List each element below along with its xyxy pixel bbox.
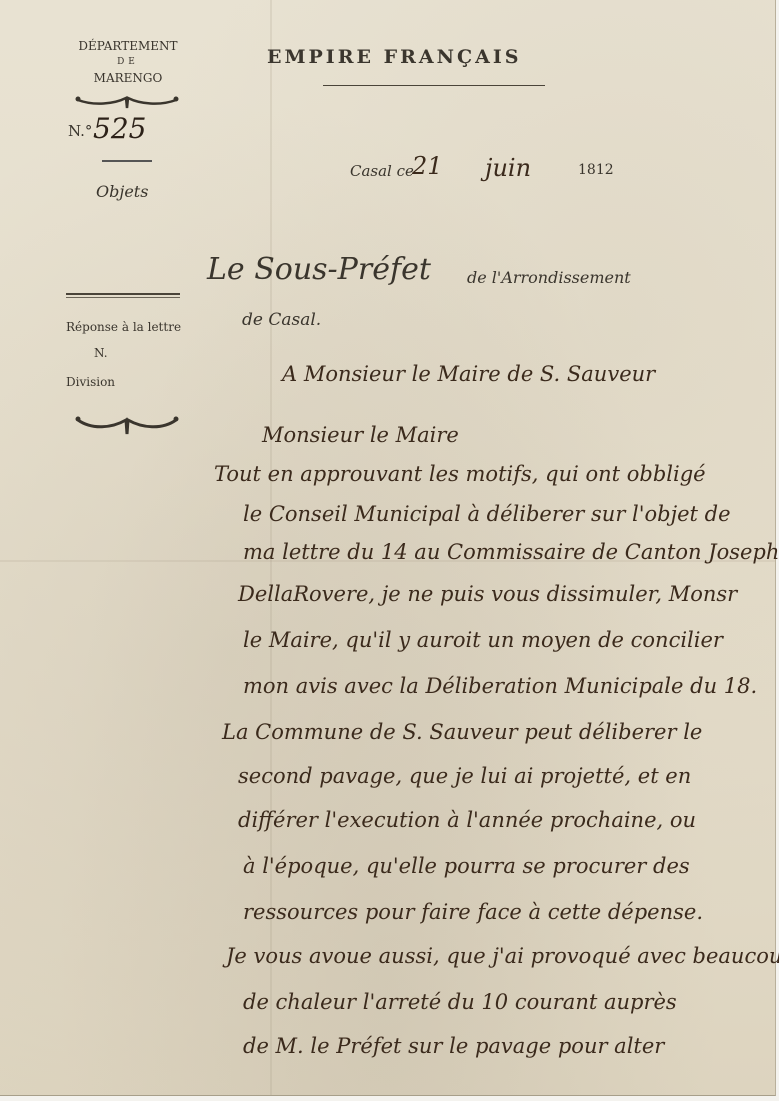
number-underline (102, 160, 152, 163)
empire-title: EMPIRE FRANÇAIS (267, 46, 521, 68)
department-label: DÉPARTEMENT (58, 36, 198, 56)
flourish-ornament-bottom-icon (74, 412, 180, 440)
body-line: le Conseil Municipal à déliberer sur l'o… (243, 502, 731, 526)
number-label: N.° (68, 122, 92, 140)
body-line: Je vous avoue aussi, que j'ai provoqué a… (226, 944, 779, 968)
number-value: 525 (93, 112, 146, 145)
division-label: Division (66, 375, 115, 389)
body-line: de M. le Préfet sur le pavage pour alter (243, 1034, 664, 1058)
sender-place: de Casal. (242, 310, 321, 330)
sender-arrondissement: de l'Arrondissement (467, 268, 631, 287)
body-line: DellaRovere, je ne puis vous dissimuler,… (238, 582, 737, 606)
department-de: DE (58, 56, 198, 68)
body-line: de chaleur l'arreté du 10 courant auprès (243, 990, 677, 1014)
body-line: mon avis avec la Déliberation Municipale… (243, 674, 757, 698)
body-line: second pavage, que je lui ai projetté, e… (238, 764, 691, 788)
flourish-ornament-icon (74, 92, 180, 114)
reponse-number-label: N. (94, 346, 108, 360)
date-year: 1812 (578, 162, 614, 178)
date-month: juin (485, 154, 531, 182)
letter-page: DÉPARTEMENT DE MARENGO N.° 525 Objets Ré… (0, 0, 776, 1096)
body-line: à l'époque, qu'elle pourra se procurer d… (243, 854, 690, 878)
recipient-line: A Monsieur le Maire de S. Sauveur (282, 362, 655, 386)
body-line: Tout en approuvant les motifs, qui ont o… (214, 462, 706, 486)
date-day: 21 (412, 152, 443, 180)
left-column-rule (66, 293, 180, 298)
department-name: MARENGO (58, 68, 198, 88)
body-line: ressources pour faire face à cette dépen… (243, 900, 703, 924)
reponse-label: Réponse à la lettre (66, 320, 181, 334)
body-line: ma lettre du 14 au Commissaire de Canton… (243, 540, 779, 564)
empire-title-rule (323, 85, 545, 86)
body-line: différer l'execution à l'année prochaine… (238, 808, 696, 832)
body-line: La Commune de S. Sauveur peut déliberer … (222, 720, 702, 744)
body-line: le Maire, qu'il y auroit un moyen de con… (243, 628, 723, 652)
date-place: Casal ce (350, 162, 414, 180)
sender-title: Le Sous-Préfet (207, 252, 431, 287)
salutation: Monsieur le Maire (262, 423, 459, 447)
objets-label: Objets (96, 182, 148, 201)
department-block: DÉPARTEMENT DE MARENGO (58, 36, 198, 88)
